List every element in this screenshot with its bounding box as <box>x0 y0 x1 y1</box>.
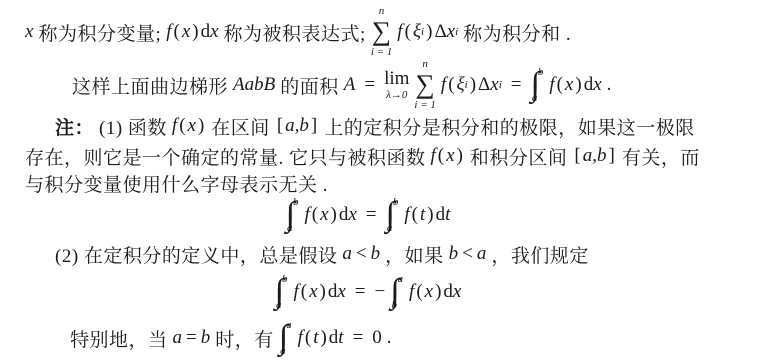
var-x: x <box>425 281 433 303</box>
sigma-icon: ∑ <box>416 71 435 98</box>
text-integration-variable: 称为积分变量; <box>38 19 161 46</box>
integral-a-to-b: ∫ ba <box>286 193 300 237</box>
text-area: 的面积 <box>280 72 339 99</box>
var-xi: ξ <box>413 21 421 43</box>
paren-open: ( <box>446 74 456 96</box>
paren-close: ) <box>318 327 328 349</box>
differential-d: d <box>443 281 453 303</box>
paren-close: ) <box>433 281 443 303</box>
expr-fx-dx: f(x)dx <box>166 21 218 43</box>
integral-lower-b: b <box>392 300 404 311</box>
lim-word: lim <box>384 69 409 88</box>
interval-vars: a,b <box>583 145 607 167</box>
note-label: 注： <box>55 113 94 140</box>
var-a: a <box>477 243 487 265</box>
text-integral-sum: 称为积分和 . <box>463 19 571 46</box>
var-b: b <box>449 243 459 265</box>
integral-b-to-a: ∫ ab <box>390 270 404 314</box>
paren-open: ( <box>414 281 424 303</box>
expr-b-lt-a: b<a <box>449 243 487 265</box>
text-item-2: (2) 在定积分的定义中，总是假设 <box>55 241 337 268</box>
minus-sign: − <box>375 281 386 303</box>
var-x: x <box>453 281 461 303</box>
expr-fx-dx: f(x)dx <box>293 281 345 303</box>
var-b: b <box>201 327 211 349</box>
paren-open: ( <box>310 204 320 226</box>
interval-ab: [a,b] <box>275 115 319 137</box>
expr-f-xi-delta-x: f(ξi)Δxi <box>397 21 458 43</box>
integral-upper-b: b <box>393 197 399 208</box>
interval-vars: a,b <box>285 115 309 137</box>
integral-lower-a: a <box>280 346 292 357</box>
text-limit-of-sum: 上的定积分是积分和的极限，如果这一极限 <box>324 113 695 140</box>
subscript-i: i <box>455 27 458 38</box>
equals-sign: = <box>507 74 526 96</box>
interval-ab: [a,b] <box>572 145 616 167</box>
display-formula-reversed-limits: ∫ ba f(x)dx = − ∫ ab f(x)dx <box>25 267 711 317</box>
paren-open: ( <box>555 74 565 96</box>
integral-a-to-b: ∫ ba <box>386 193 400 237</box>
expr-fx-dx: f(x)dx <box>549 74 601 96</box>
paren-close: ) <box>329 204 339 226</box>
bracket-open: [ <box>572 145 582 167</box>
paren-close: ) <box>318 281 328 303</box>
paragraph-note-1-cont: 存在，则它是一个确定的常量. 它只与被积函数 f(x) 和积分区间 [a,b] … <box>25 142 700 170</box>
var-A: A <box>344 74 356 96</box>
integral-upper-b: b <box>282 274 288 285</box>
less-than-sign: < <box>458 243 477 265</box>
expr-a-eq-b: a=b <box>173 327 211 349</box>
display-formula-substitution: ∫ ba f(x)dx = ∫ ba f(t)dt <box>25 190 711 240</box>
var-x: x <box>210 21 218 43</box>
paragraph-note-1: 注： (1) 函数 f(x) 在区间 [a,b] 上的定积分是积分和的极限，如果… <box>55 112 695 140</box>
var-AabB: AabB <box>233 74 275 96</box>
bracket-close: ] <box>309 115 319 137</box>
text-if: ，如果 <box>385 241 444 268</box>
equals-sign: = <box>182 327 201 349</box>
document-page: x 称为积分变量; f(x)dx 称为被积表达式; n ∑ i = 1 f(ξi… <box>0 0 771 362</box>
paren-open: ( <box>177 115 187 137</box>
integral-upper-b: b <box>293 197 299 208</box>
text-on-interval: 在区间 <box>211 113 270 140</box>
var-x: x <box>446 145 454 167</box>
paren-close: ) <box>196 115 206 137</box>
var-a: a <box>342 243 352 265</box>
period: . <box>387 327 392 349</box>
differential-d: d <box>339 204 349 226</box>
expr-fx: f(x) <box>431 145 465 167</box>
text-trapezoid: 这样上面曲边梯形 <box>72 72 228 99</box>
paren-open: ( <box>403 21 413 43</box>
integral-upper-b: b <box>538 67 544 78</box>
differential-d: d <box>201 21 211 43</box>
subscript-i: i <box>499 80 502 91</box>
paren-close: ) <box>190 21 200 43</box>
integral-upper-a: a <box>286 320 292 331</box>
text-we-define: ，我们规定 <box>491 241 589 268</box>
paren-open: ( <box>436 145 446 167</box>
paren-close: ) <box>425 204 435 226</box>
paren-close: ) <box>573 74 583 96</box>
summation-sign: n ∑ i = 1 <box>414 59 435 111</box>
var-t: t <box>445 204 450 226</box>
var-x: x <box>188 115 196 137</box>
expr-ft-dt: f(t)dt <box>298 327 344 349</box>
delta-symbol: Δ <box>478 74 490 96</box>
expr-ft-dt: f(t)dt <box>404 204 450 226</box>
text-integrand-expression: 称为被积表达式; <box>224 19 366 46</box>
var-x: x <box>565 74 573 96</box>
paragraph-note-2: (2) 在定积分的定义中，总是假设 a<b ，如果 b<a ，我们规定 <box>55 240 589 268</box>
paren-close: ) <box>455 145 465 167</box>
var-x: x <box>593 74 601 96</box>
integral-a-to-b: ∫ ba <box>530 63 544 107</box>
paren-close: ) <box>468 74 478 96</box>
integral-lower-a: a <box>532 93 544 104</box>
equals-sign: = <box>360 74 379 96</box>
integral-a-to-a: ∫ aa <box>279 316 293 360</box>
text-related: 有关，而 <box>622 143 700 170</box>
integral-lower-a: a <box>387 223 399 234</box>
equals-sign: = <box>349 327 368 349</box>
var-x: x <box>490 74 498 96</box>
paragraph-special-case: 特别地，当 a=b 时，有 ∫ aa f(t)dt = 0 . <box>70 314 392 362</box>
var-x: x <box>25 21 33 43</box>
paren-open: ( <box>299 281 309 303</box>
text-then-have: 时，有 <box>215 325 274 352</box>
integral-a-to-b: ∫ ba <box>275 270 289 314</box>
paragraph-integral-terms: x 称为积分变量; f(x)dx 称为被积表达式; n ∑ i = 1 f(ξi… <box>25 5 571 59</box>
sigma-icon: ∑ <box>372 18 391 45</box>
var-x: x <box>320 204 328 226</box>
sum-lower-limit: i = 1 <box>414 100 435 111</box>
paren-open: ( <box>410 204 420 226</box>
paren-open: ( <box>172 21 182 43</box>
var-x: x <box>447 21 455 43</box>
text-and-interval: 和积分区间 <box>470 143 568 170</box>
text-especially: 特别地，当 <box>70 325 168 352</box>
paren-open: ( <box>303 327 313 349</box>
text-item-1: (1) 函数 <box>99 113 167 140</box>
differential-d: d <box>436 204 446 226</box>
integral-upper-a: a <box>398 274 404 285</box>
less-than-sign: < <box>352 243 371 265</box>
equals-sign: = <box>351 281 370 303</box>
var-x: x <box>309 281 317 303</box>
expr-fx: f(x) <box>172 115 206 137</box>
integral-lower-a: a <box>276 300 288 311</box>
integral-lower-a: a <box>287 223 299 234</box>
paragraph-area-limit: 这样上面曲边梯形 AabB 的面积 A = lim λ→0 n ∑ i = 1 … <box>72 58 611 112</box>
differential-d: d <box>328 281 338 303</box>
period: . <box>607 74 612 96</box>
delta-symbol: Δ <box>434 21 446 43</box>
expr-a-lt-b: a<b <box>342 243 380 265</box>
expr-fx-dx: f(x)dx <box>409 281 461 303</box>
var-t: t <box>338 327 343 349</box>
sum-lower-limit: i = 1 <box>371 47 392 58</box>
expr-f-xi-delta-x: f(ξi)Δxi <box>441 74 502 96</box>
var-x: x <box>182 21 190 43</box>
bracket-close: ] <box>606 145 616 167</box>
var-a: a <box>173 327 183 349</box>
var-b: b <box>371 243 381 265</box>
differential-d: d <box>584 74 594 96</box>
equals-sign: = <box>362 204 381 226</box>
var-x: x <box>337 281 345 303</box>
text-exists-constant: 存在，则它是一个确定的常量. 它只与被积函数 <box>25 143 426 170</box>
paren-close: ) <box>424 21 434 43</box>
lim-subscript: λ→0 <box>386 90 407 101</box>
summation-sign: n ∑ i = 1 <box>371 6 392 58</box>
expr-fx-dx: f(x)dx <box>304 204 356 226</box>
var-x: x <box>348 204 356 226</box>
var-xi: ξ <box>457 74 465 96</box>
differential-d: d <box>329 327 339 349</box>
zero-value: 0 <box>372 327 382 349</box>
bracket-open: [ <box>275 115 285 137</box>
limit-operator: lim λ→0 <box>384 69 409 101</box>
